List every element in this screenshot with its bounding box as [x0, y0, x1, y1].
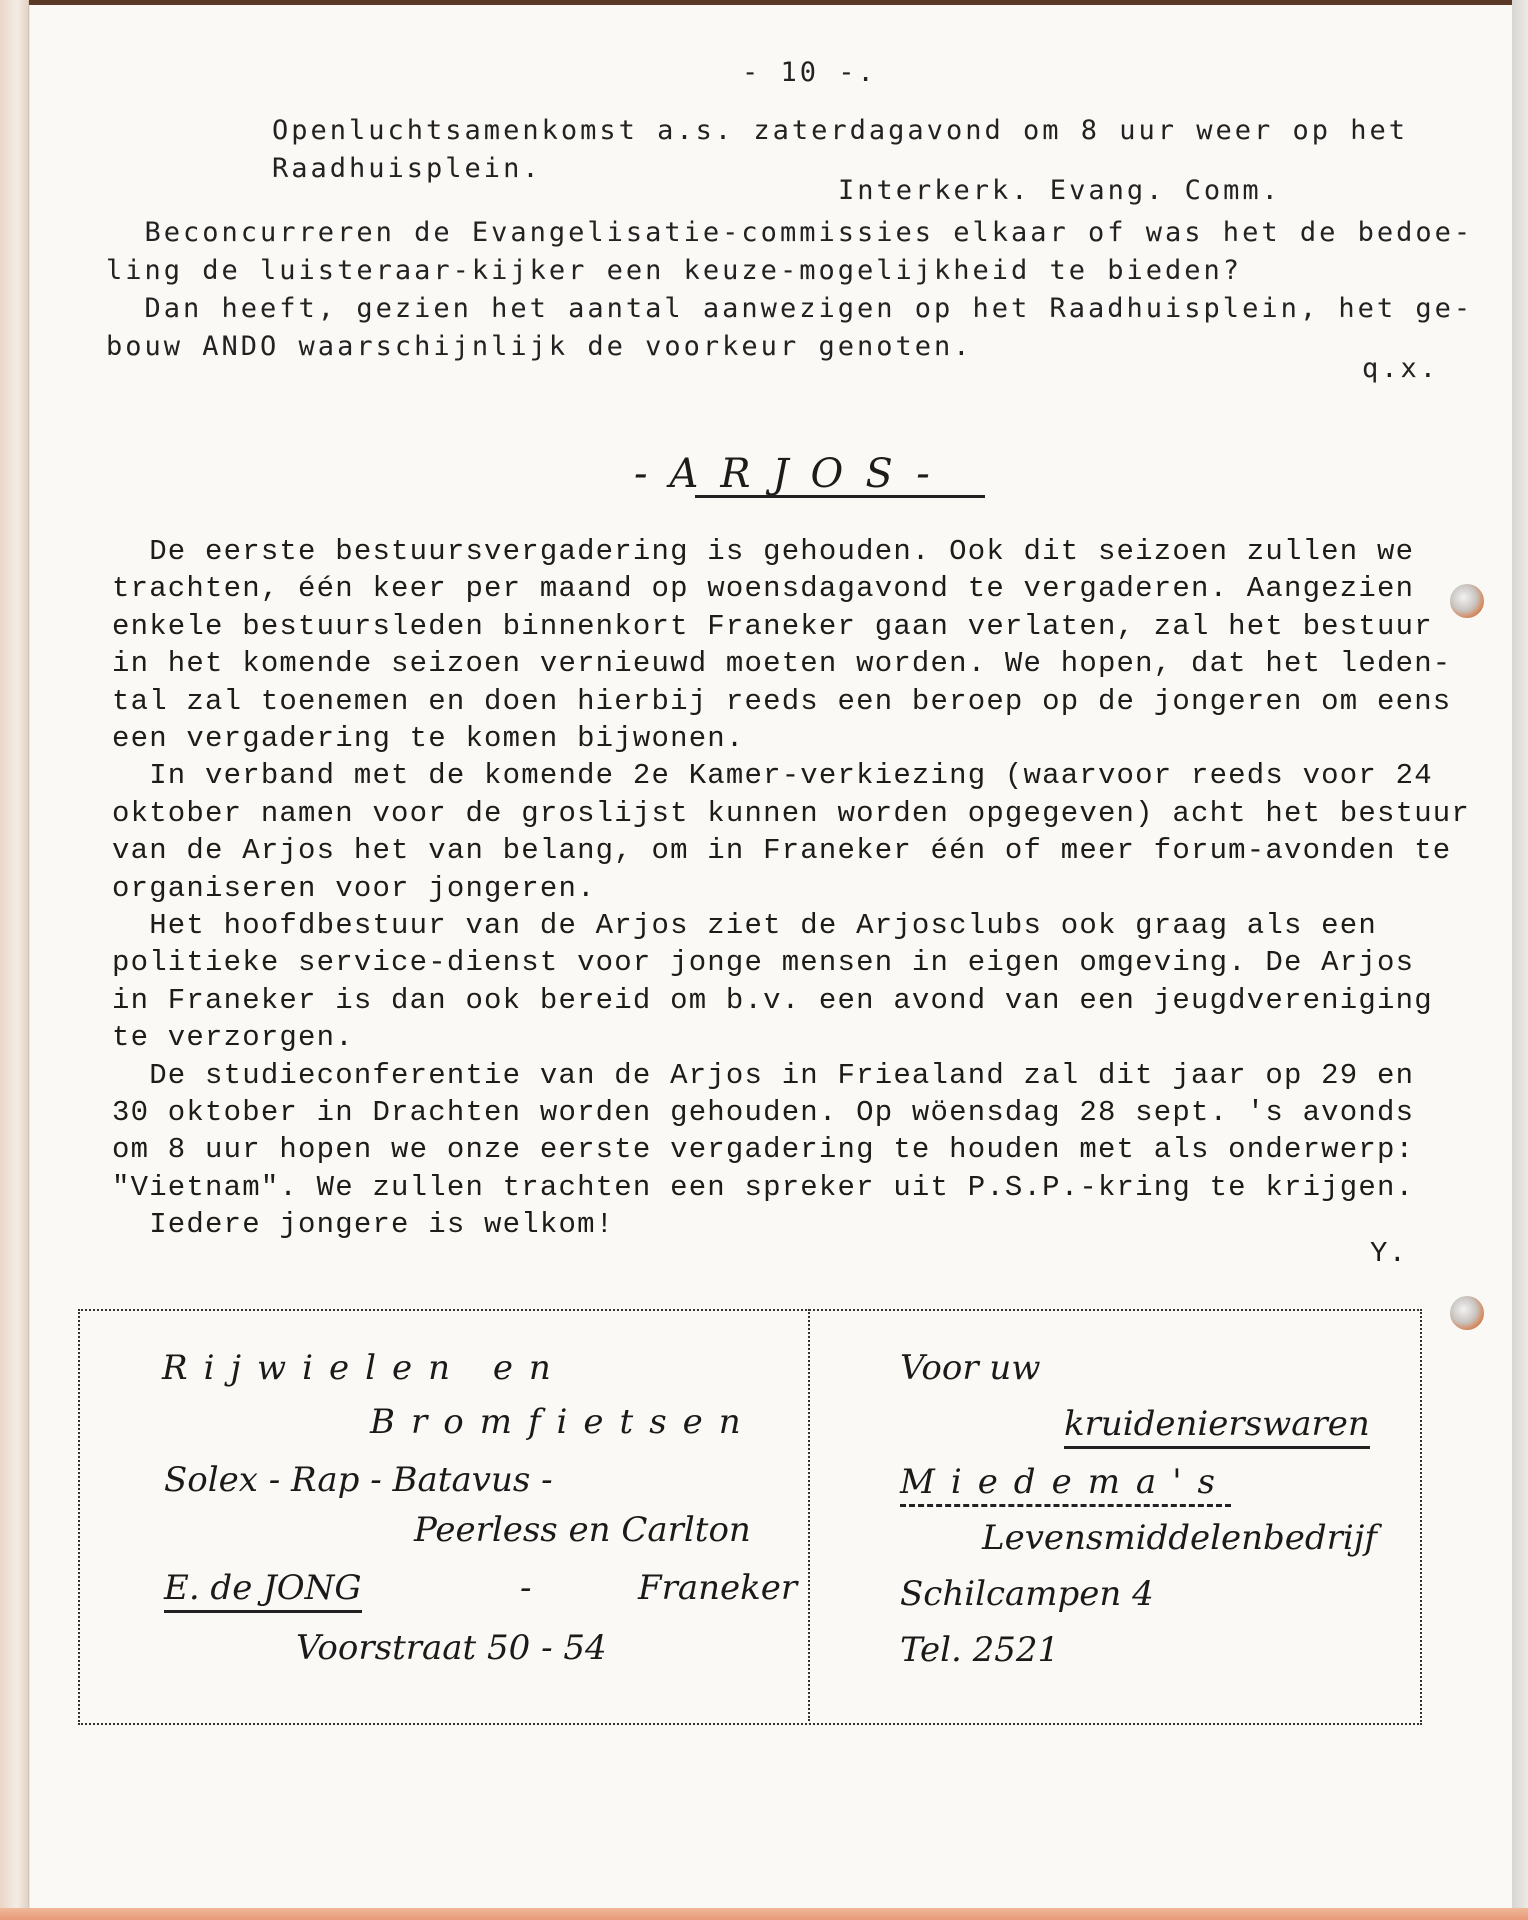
page-right-edge — [1512, 0, 1528, 1920]
page-bottom-edge — [0, 1908, 1528, 1920]
arjos-line: politieke service-dienst voor jonge mens… — [112, 946, 1414, 979]
arjos-line: De studieconferentie van de Arjos in Fri… — [112, 1059, 1414, 1092]
arjos-line: te verzorgen. — [112, 1021, 354, 1054]
commentary-signature: q.x. — [1362, 353, 1439, 384]
heading-underline — [695, 495, 985, 498]
arjos-line: om 8 uur hopen we onze eerste vergaderin… — [112, 1133, 1414, 1166]
arjos-signature: Y. — [1370, 1237, 1407, 1270]
ad-left-address: Voorstraat 50 - 54 — [296, 1628, 607, 1668]
arjos-line: tal zal toenemen en doen hierbij reeds e… — [112, 685, 1451, 718]
punch-hole — [1450, 1296, 1484, 1330]
notice-signature: Interkerk. Evang. Comm. — [838, 175, 1281, 206]
arjos-line: enkele bestuursleden binnenkort Franeker… — [112, 610, 1433, 643]
arjos-heading: -ARJOS- — [634, 451, 952, 497]
arjos-line: Iedere jongere is welkom! — [112, 1208, 614, 1241]
arjos-line: trachten, één keer per maand op woensdag… — [112, 572, 1414, 605]
ad-right-phone: Tel. 2521 — [900, 1630, 1059, 1670]
arjos-line: In verband met de komende 2e Kamer-verki… — [112, 759, 1433, 792]
ad-left-brands-1: Solex - Rap - Batavus - — [164, 1460, 553, 1500]
arjos-line: in het komende seizoen vernieuwd moeten … — [112, 647, 1451, 680]
arjos-line: van de Arjos het van belang, om in Frane… — [112, 834, 1451, 867]
arjos-line: organiseren voor jongeren. — [112, 872, 596, 905]
commentary-line: Beconcurreren de Evangelisatie-commissie… — [106, 217, 1473, 248]
arjos-line: De eerste bestuursvergadering is gehoude… — [112, 535, 1414, 568]
notice-line-1: Openluchtsamenkomst a.s. zaterdagavond o… — [272, 115, 1408, 146]
arjos-line: een vergadering te komen bijwonen. — [112, 722, 745, 755]
commentary-line: ling de luisteraar-kijker een keuze-moge… — [106, 255, 1242, 286]
ad-right-address: Schilcampen 4 — [900, 1574, 1154, 1614]
arjos-line: 30 oktober in Drachten worden gehouden. … — [112, 1096, 1414, 1129]
page-number: - 10 -. — [742, 57, 877, 88]
ad-right-name: Miedema's — [900, 1462, 1231, 1507]
arjos-line: Het hoofdbestuur van de Arjos ziet de Ar… — [112, 909, 1377, 942]
binding-spine — [0, 0, 29, 1920]
ad-left-name: E. de JONG — [164, 1568, 362, 1613]
ad-left-dash: - — [520, 1568, 532, 1608]
ad-left-line2: Bromfietsen — [370, 1402, 757, 1442]
commentary-line: Dan heeft, gezien het aantal aanwezigen … — [106, 293, 1473, 324]
arjos-line: in Franeker is dan ook bereid om b.v. ee… — [112, 984, 1433, 1017]
ad-right-line2: kruidenierswaren — [1064, 1404, 1370, 1449]
arjos-line: "Vietnam". We zullen trachten een spreke… — [112, 1171, 1414, 1204]
ad-divider — [808, 1309, 810, 1721]
arjos-line: oktober namen voor de groslijst kunnen w… — [112, 797, 1470, 830]
notice-line-2: Raadhuisplein. — [272, 153, 542, 184]
ad-left-city: Franeker — [638, 1568, 797, 1608]
punch-hole — [1450, 584, 1484, 618]
ad-right-line3: Levensmiddelenbedrijf — [982, 1518, 1377, 1558]
ad-left-line1: Rijwielen en — [162, 1348, 567, 1388]
commentary-line: bouw ANDO waarschijnlijk de voorkeur gen… — [106, 331, 973, 362]
ad-right-line1: Voor uw — [900, 1348, 1040, 1388]
ad-left-brands-2: Peerless en Carlton — [414, 1510, 751, 1550]
